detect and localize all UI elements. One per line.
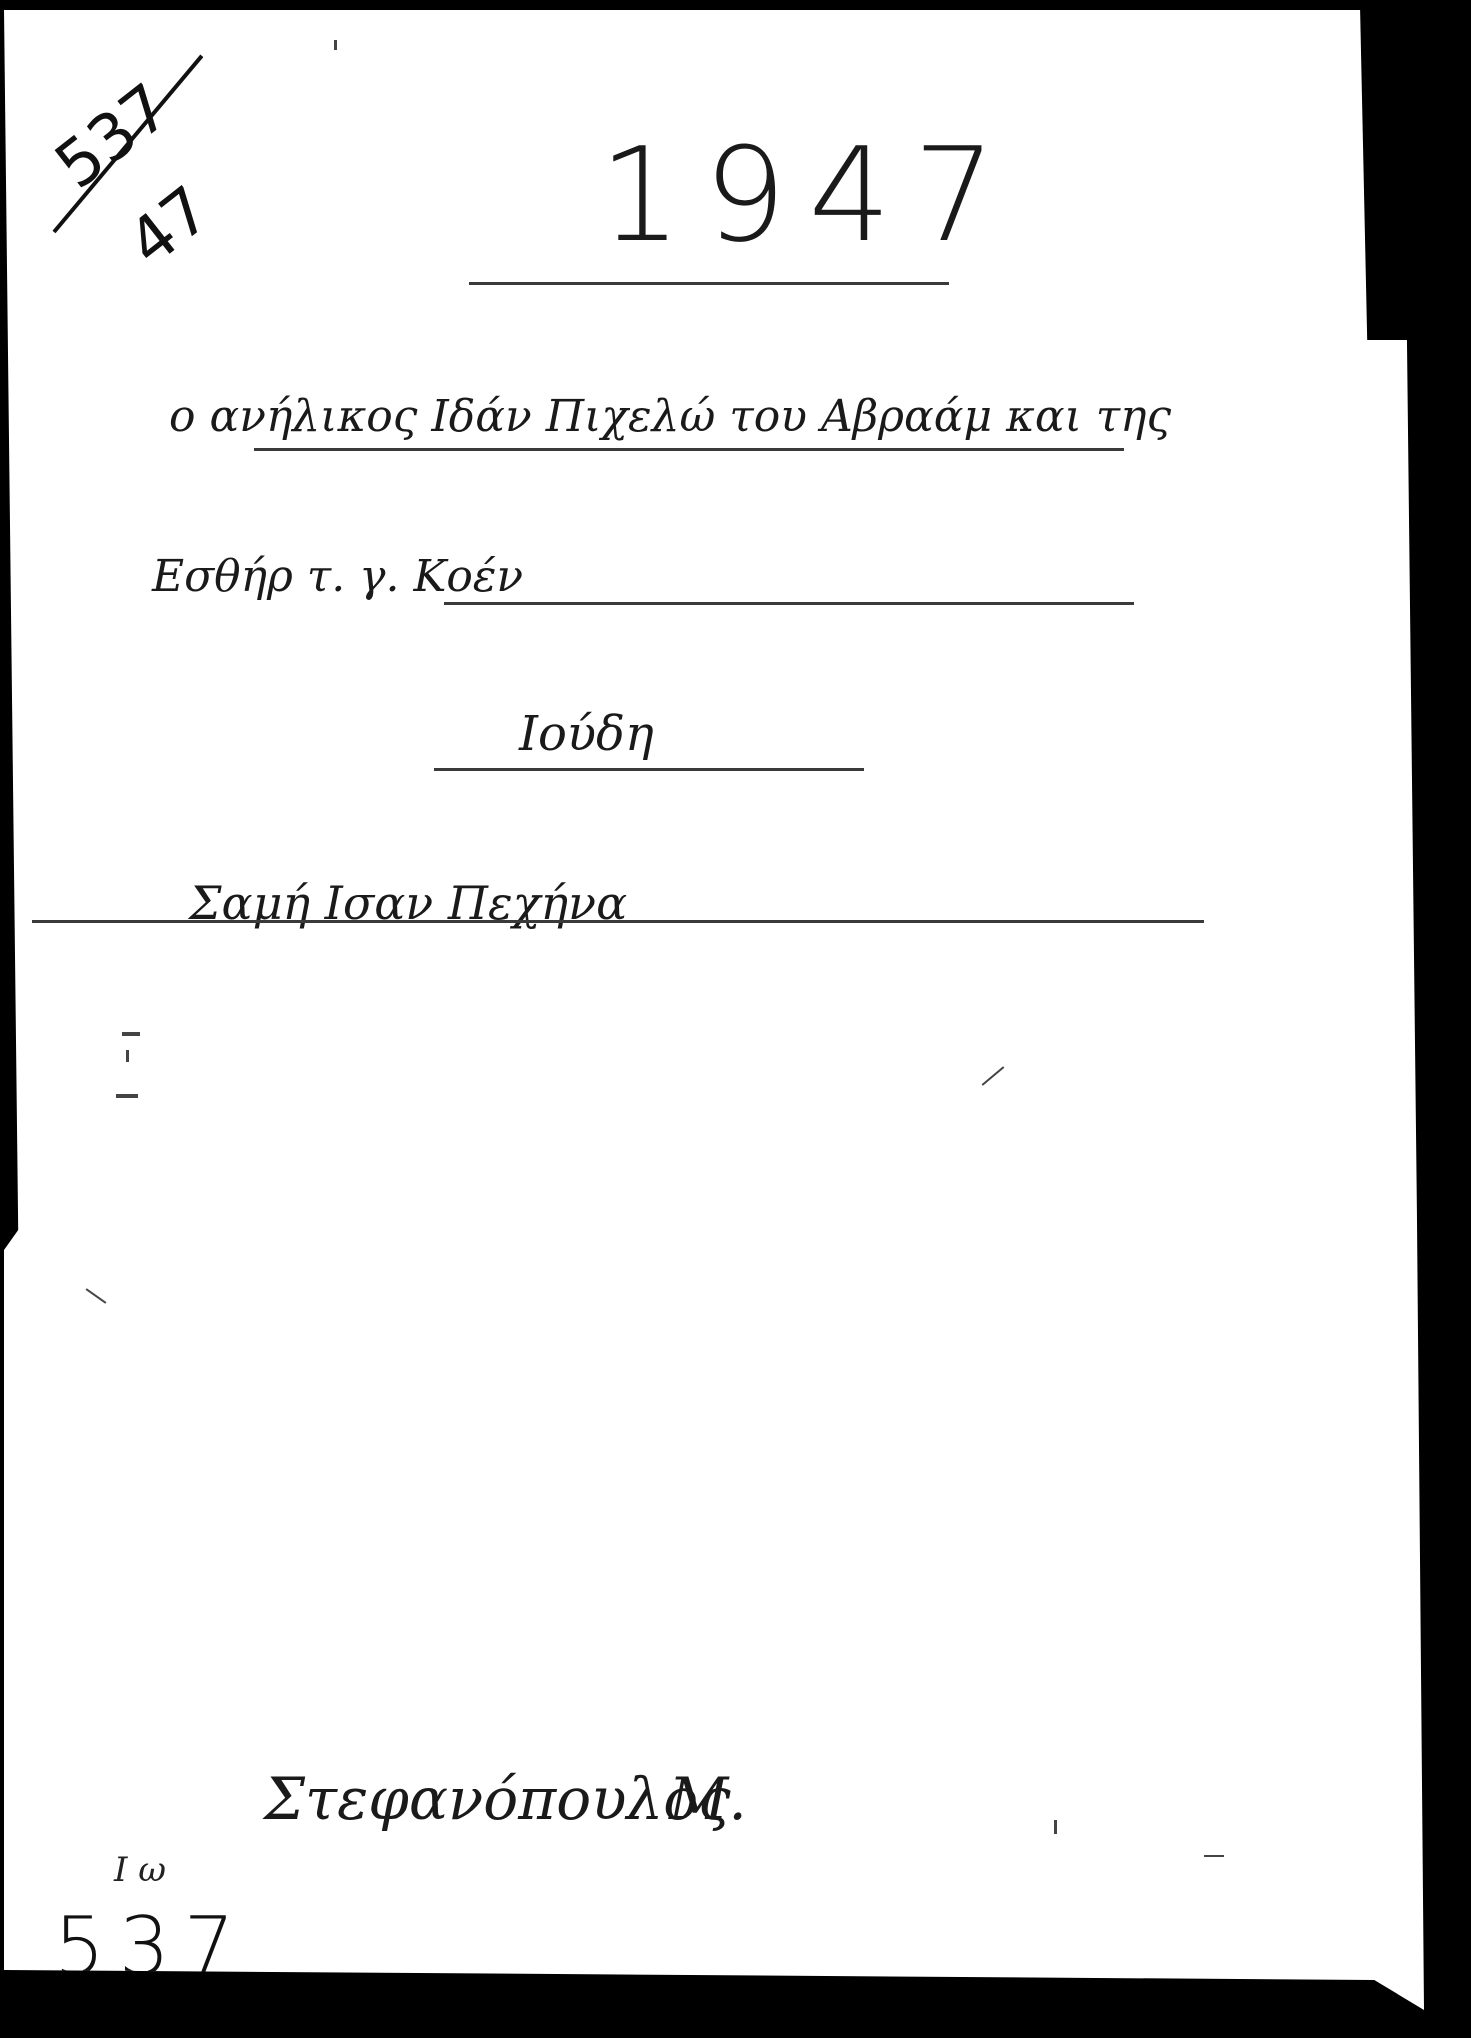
signature: Στεφανόπουλος (264, 1770, 731, 1828)
folio-numerator: 537 (42, 70, 184, 204)
line-3-rule (434, 768, 864, 771)
scan-speck (1054, 1820, 1057, 1834)
handwritten-line-1: ο ανήλικος Ιδάν Πιχελώ του Αβραάμ και τη… (169, 395, 1171, 439)
folio-number: 537 47 (44, 70, 244, 290)
folio-denominator: 47 (115, 173, 225, 281)
scan-speck (126, 1050, 129, 1062)
scan-speck (1204, 1855, 1224, 1857)
handwritten-line-2: Εσθήρ τ. γ. Κοέν (152, 555, 523, 599)
handwritten-line-3: Ιούδη (519, 710, 654, 758)
bottom-reference-prefix: Ι ω (114, 1850, 166, 1890)
scan-speck (116, 1094, 138, 1098)
bottom-reference-number: Ι ω 537 (44, 1850, 264, 2030)
scan-speck (334, 40, 337, 50)
scan-speck (982, 1066, 1005, 1086)
bottom-reference-value: 537 (54, 1900, 249, 1993)
line-2-rule (444, 602, 1134, 605)
year-underline (469, 282, 949, 285)
signature-initial: Μ. (669, 1770, 747, 1828)
scan-speck (122, 1032, 140, 1036)
scan-speck (86, 1288, 107, 1303)
year-heading: 1947 (599, 130, 1018, 260)
line-4-rule (32, 920, 1204, 923)
document-page: 537 47 1947 ο ανήλικος Ιδάν Πιχελώ του Α… (4, 10, 1424, 2010)
line-1-rule (254, 448, 1124, 451)
